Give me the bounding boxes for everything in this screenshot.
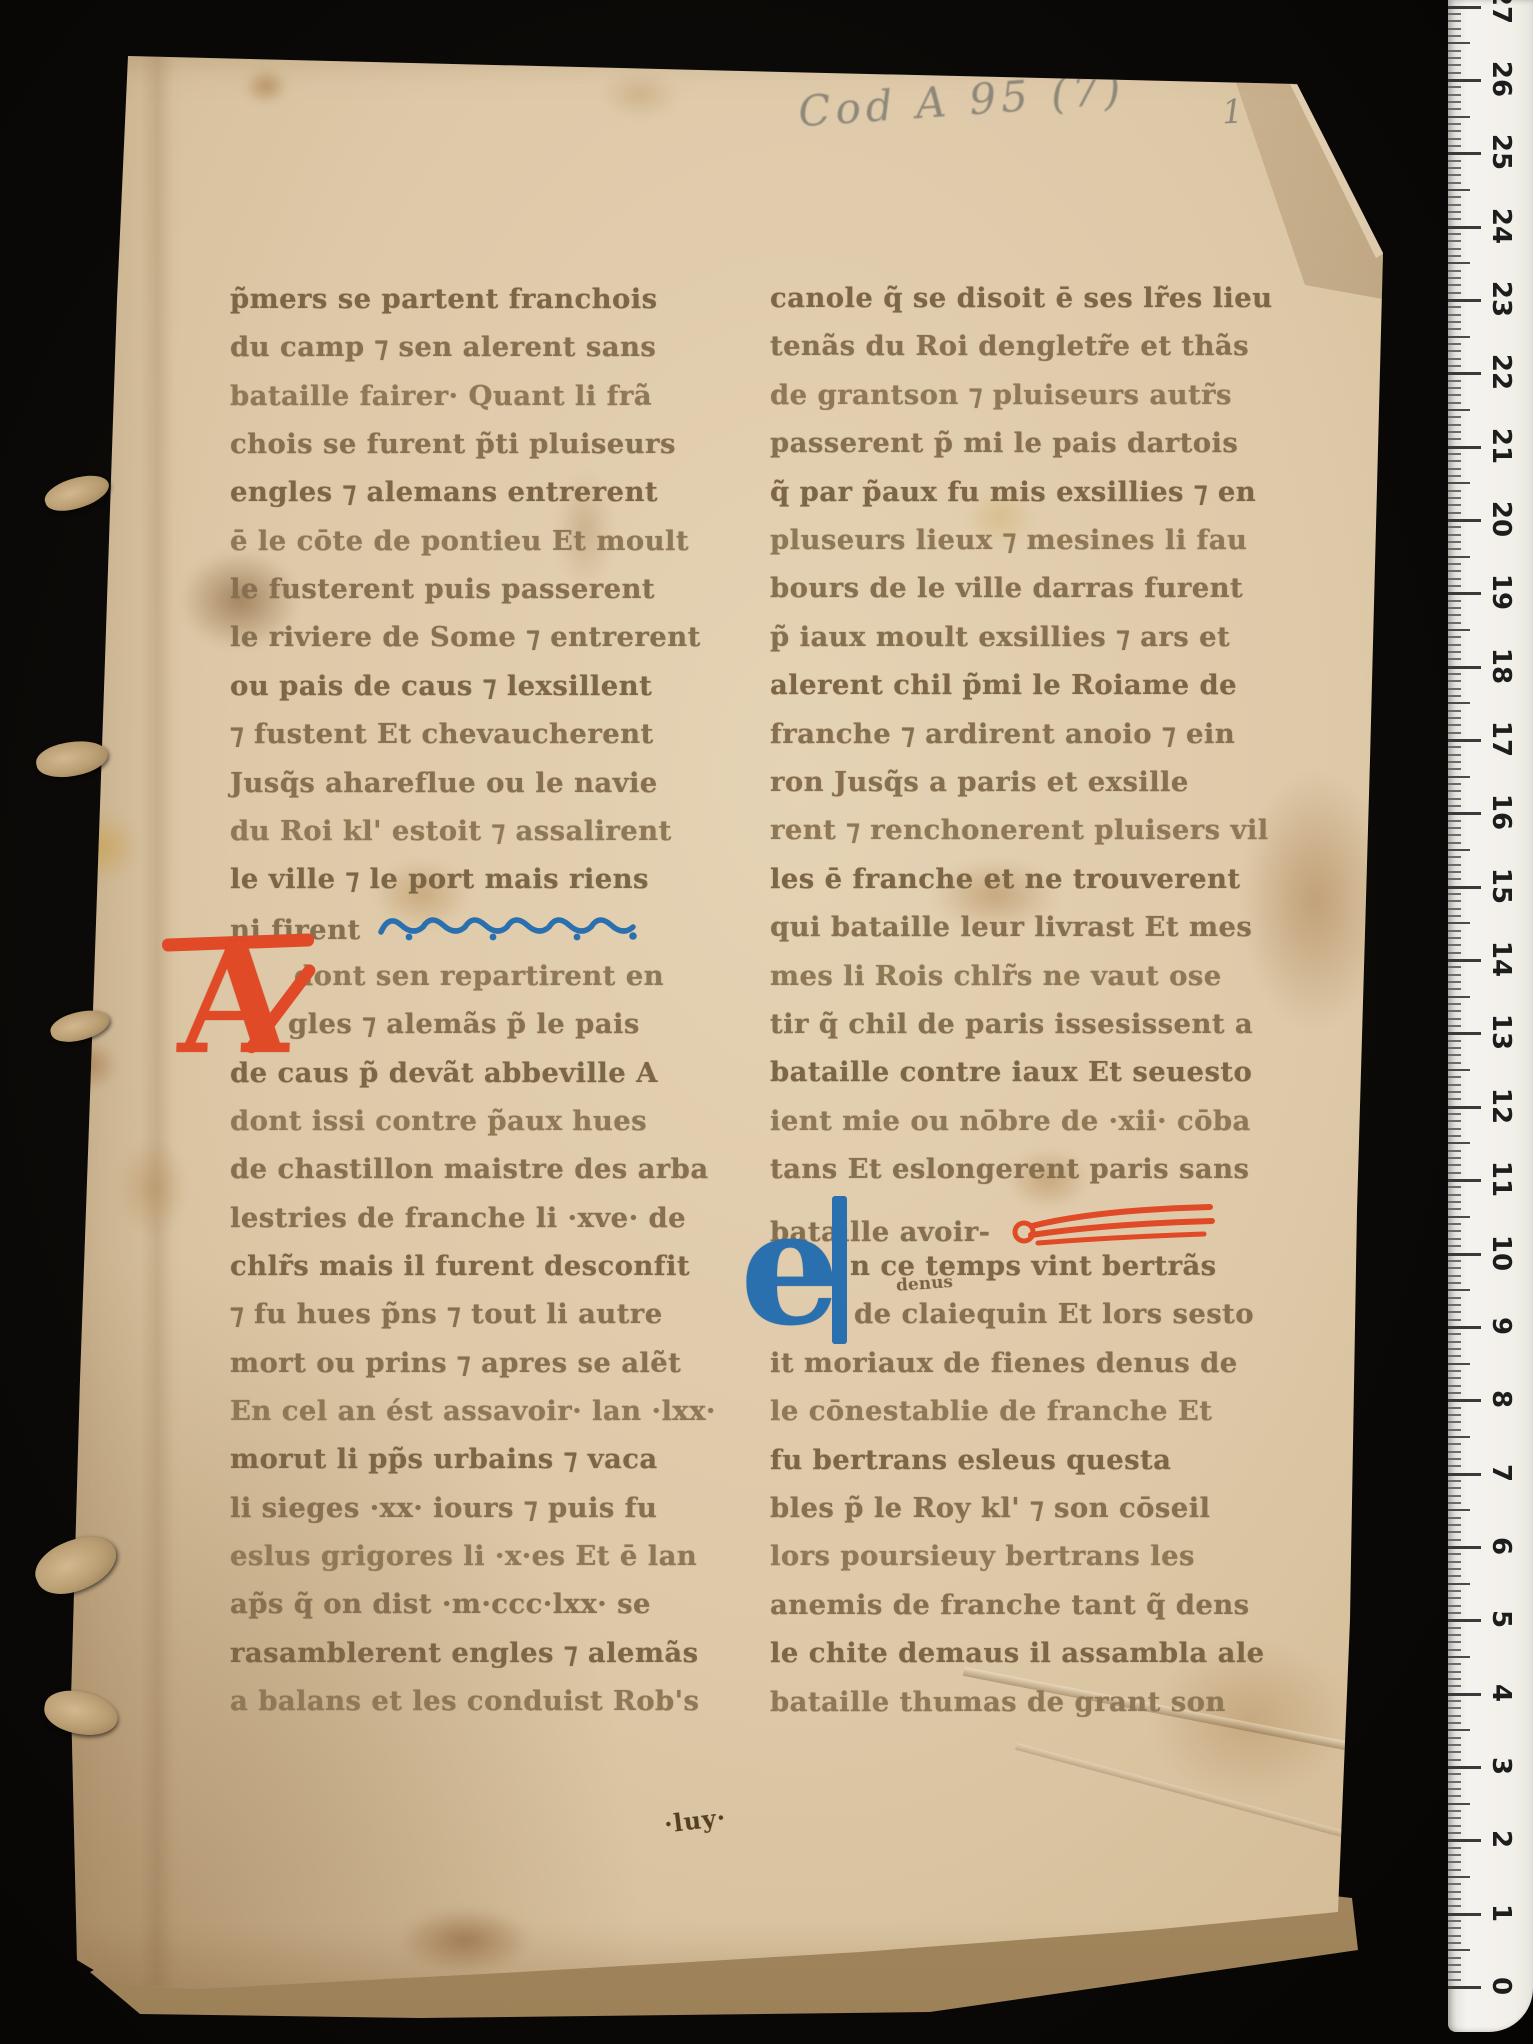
ruler-tick bbox=[1448, 365, 1461, 367]
text-line: morut li pp̃s urbains ⁊ vaca bbox=[230, 1443, 658, 1475]
ruler-tick bbox=[1448, 937, 1461, 939]
ruler-number: 16 bbox=[1486, 795, 1516, 829]
text-line: le chite demaus il assambla ale bbox=[770, 1637, 1265, 1669]
ruler-tick bbox=[1448, 130, 1461, 132]
ruler-tick bbox=[1448, 541, 1461, 543]
ruler-tick bbox=[1448, 842, 1461, 844]
ruler-tick bbox=[1448, 834, 1461, 836]
text-line: qui bataille leur livrast Et mes bbox=[770, 911, 1252, 943]
ruler-tick bbox=[1448, 570, 1461, 572]
ruler-tick bbox=[1448, 1986, 1481, 1989]
ruler-tick bbox=[1448, 607, 1461, 609]
ruler-tick bbox=[1448, 1561, 1461, 1563]
ruler-tick bbox=[1448, 1729, 1470, 1731]
ruler-tick bbox=[1448, 1333, 1461, 1335]
ruler-tick bbox=[1448, 431, 1461, 433]
ruler-tick bbox=[1448, 1032, 1481, 1035]
ruler-tick bbox=[1448, 211, 1461, 213]
text-column-right: canole q̃ se disoit ē ses lr̃es lieutenã… bbox=[770, 282, 1350, 1762]
ruler-tick bbox=[1448, 746, 1461, 748]
ruler-tick bbox=[1448, 1927, 1461, 1929]
ruler-tick bbox=[1448, 1634, 1461, 1636]
ruler-tick bbox=[1448, 460, 1461, 462]
ruler-tick bbox=[1448, 878, 1461, 880]
ruler-tick bbox=[1448, 372, 1481, 375]
initial-letter: A bbox=[176, 922, 294, 1075]
ruler-tick bbox=[1448, 284, 1461, 286]
ruler-tick bbox=[1448, 1018, 1461, 1020]
text-line: li sieges ·xx· iours ⁊ puis fu bbox=[230, 1492, 657, 1524]
ruler-number: 14 bbox=[1486, 942, 1516, 976]
ruler-tick bbox=[1448, 1737, 1461, 1739]
ruler-tick bbox=[1448, 636, 1461, 638]
ruler-tick bbox=[1448, 1663, 1461, 1665]
ruler-tick bbox=[1448, 732, 1461, 734]
ruler-tick bbox=[1448, 167, 1461, 169]
ruler-tick bbox=[1448, 864, 1461, 866]
ruler-tick bbox=[1448, 182, 1461, 184]
ruler-tick bbox=[1448, 20, 1461, 22]
ruler-tick bbox=[1448, 1465, 1461, 1467]
ruler-tick bbox=[1448, 350, 1461, 352]
ruler-tick bbox=[1448, 108, 1461, 110]
ruler-tick bbox=[1448, 856, 1461, 858]
ruler-tick bbox=[1448, 226, 1481, 229]
ruler-tick bbox=[1448, 1091, 1461, 1093]
ruler-tick bbox=[1448, 299, 1481, 302]
ruler-tick bbox=[1448, 952, 1461, 954]
ruler-tick bbox=[1448, 1172, 1461, 1174]
ruler-tick bbox=[1448, 1597, 1461, 1599]
ruler-tick bbox=[1448, 644, 1461, 646]
ruler-tick bbox=[1448, 592, 1481, 595]
ruler-tick bbox=[1448, 805, 1461, 807]
ruler-tick bbox=[1448, 1913, 1481, 1916]
ruler-tick bbox=[1448, 1942, 1461, 1944]
ruler-tick bbox=[1448, 1421, 1461, 1423]
ruler-tick bbox=[1448, 1326, 1481, 1329]
ruler-tick bbox=[1448, 1414, 1461, 1416]
ruler-tick bbox=[1448, 1473, 1481, 1476]
ruler-tick bbox=[1448, 614, 1461, 616]
text-line: bles p̃ le Roy kl' ⁊ son cōseil bbox=[770, 1492, 1210, 1524]
ruler-tick bbox=[1448, 651, 1461, 653]
ruler-tick bbox=[1448, 1297, 1461, 1299]
ruler-tick bbox=[1448, 42, 1470, 44]
ruler-tick bbox=[1448, 233, 1461, 235]
ruler-number: 1 bbox=[1486, 1896, 1516, 1930]
text-line: mes li Rois chlr̃s ne vaut ose bbox=[770, 960, 1222, 992]
ruler-tick bbox=[1448, 468, 1461, 470]
ruler-number: 18 bbox=[1486, 649, 1516, 683]
ruler-tick bbox=[1448, 1363, 1470, 1365]
ruler-tick bbox=[1448, 1113, 1461, 1115]
text-line: bataille contre iaux Et seuesto bbox=[770, 1056, 1252, 1088]
ruler-tick bbox=[1448, 1935, 1461, 1937]
ruler-tick bbox=[1448, 790, 1461, 792]
ruler-tick bbox=[1448, 1010, 1461, 1012]
ruler-tick bbox=[1448, 1069, 1470, 1071]
ruler-tick bbox=[1448, 1054, 1461, 1056]
text-line: tir q̃ chil de paris issesissent a bbox=[770, 1008, 1253, 1040]
ruler-tick bbox=[1448, 1458, 1461, 1460]
ruler-number: 15 bbox=[1486, 869, 1516, 903]
ruler-tick bbox=[1448, 1429, 1461, 1431]
ruler-tick bbox=[1448, 1707, 1461, 1709]
ruler-tick bbox=[1448, 1377, 1461, 1379]
text-line: le cōnestablie de franche Et bbox=[770, 1395, 1212, 1427]
ruler-tick bbox=[1448, 820, 1461, 822]
ruler-tick bbox=[1448, 1861, 1461, 1863]
ruler-tick bbox=[1448, 959, 1481, 962]
ruler-number: 19 bbox=[1486, 575, 1516, 609]
ruler-tick bbox=[1448, 123, 1461, 125]
ruler-tick bbox=[1448, 1553, 1461, 1555]
ruler-tick bbox=[1448, 1509, 1470, 1511]
ruler-tick bbox=[1448, 1304, 1461, 1306]
stain bbox=[400, 1908, 530, 1972]
ruler-tick bbox=[1448, 1157, 1461, 1159]
text-line: du Roi kl' estoit ⁊ assalirent bbox=[230, 815, 672, 847]
ruler-tick bbox=[1448, 1260, 1461, 1262]
ruler-number: 13 bbox=[1486, 1015, 1516, 1049]
ruler-tick bbox=[1448, 739, 1481, 742]
ruler-tick bbox=[1448, 1238, 1461, 1240]
ruler-tick bbox=[1448, 1084, 1461, 1086]
ruler-tick bbox=[1448, 1341, 1461, 1343]
ruler-tick bbox=[1448, 189, 1470, 191]
ruler-tick bbox=[1448, 358, 1461, 360]
ruler-tick bbox=[1448, 1979, 1461, 1981]
stain bbox=[244, 68, 288, 104]
ruler-tick bbox=[1448, 526, 1461, 528]
ruler-tick bbox=[1448, 262, 1470, 264]
ruler-tick bbox=[1448, 1164, 1461, 1166]
initial-letter: e bbox=[740, 1190, 841, 1348]
ruler-tick bbox=[1448, 438, 1461, 440]
ruler-tick bbox=[1448, 72, 1461, 74]
ruler-tick bbox=[1448, 1282, 1461, 1284]
text-line: fu bertrans esleus questa bbox=[770, 1444, 1171, 1476]
text-line: lestries de franche li ·xve· de bbox=[230, 1202, 686, 1234]
ruler-tick bbox=[1448, 314, 1461, 316]
ruler-tick bbox=[1448, 1502, 1461, 1504]
ruler-tick bbox=[1448, 336, 1470, 338]
ruler-number: 12 bbox=[1486, 1089, 1516, 1123]
text-line: p̃ iaux moult exsillies ⁊ ars et bbox=[770, 621, 1230, 653]
ruler-tick bbox=[1448, 145, 1461, 147]
ruler-tick bbox=[1448, 1531, 1461, 1533]
ruler-tick bbox=[1448, 64, 1461, 66]
blue-wave-line-filler bbox=[375, 912, 641, 946]
ruler-tick bbox=[1448, 600, 1461, 602]
ruler-tick bbox=[1448, 1451, 1461, 1453]
ruler-tick bbox=[1448, 930, 1461, 932]
ruler-tick bbox=[1448, 556, 1470, 558]
ruler-tick bbox=[1448, 761, 1461, 763]
ruler-tick bbox=[1448, 688, 1461, 690]
text-line: le ville ⁊ le port mais riens bbox=[230, 863, 649, 895]
ruler-tick bbox=[1448, 387, 1461, 389]
ruler-tick bbox=[1448, 1348, 1461, 1350]
ruler-tick bbox=[1448, 1047, 1461, 1049]
ruler-tick bbox=[1448, 871, 1461, 873]
ruler-tick bbox=[1448, 79, 1481, 82]
ruler-tick bbox=[1448, 702, 1470, 704]
ruler-tick bbox=[1448, 218, 1461, 220]
rubricated-initial-A: A bbox=[162, 928, 342, 1158]
ruler-tick bbox=[1448, 695, 1461, 697]
ruler-tick bbox=[1448, 1443, 1461, 1445]
ruler-tick bbox=[1448, 1971, 1461, 1973]
text-line: p̃mers se partent franchois bbox=[230, 283, 657, 315]
ruler-tick bbox=[1448, 1671, 1461, 1673]
manuscript-page: Cod A 95 (7) 1 p̃mers se partent francho… bbox=[0, 0, 1533, 2044]
ruler-tick bbox=[1448, 196, 1461, 198]
text-line: franche ⁊ ardirent anoio ⁊ ein bbox=[770, 718, 1235, 750]
text-line: q̃ par p̃aux fu mis exsillies ⁊ en bbox=[770, 476, 1256, 508]
ruler-tick bbox=[1448, 1267, 1461, 1269]
text-line: bataille fairer· Quant li frã bbox=[230, 380, 652, 412]
text-line: le riviere de Some ⁊ entrerent bbox=[230, 621, 701, 653]
ruler-tick bbox=[1448, 849, 1470, 851]
ruler-tick bbox=[1448, 915, 1461, 917]
ruler-tick bbox=[1448, 270, 1461, 272]
ruler-tick bbox=[1448, 1223, 1461, 1225]
ruler-tick bbox=[1448, 453, 1461, 455]
text-line: alerent chil p̃mi le Roiame de bbox=[770, 669, 1237, 701]
ruler-tick bbox=[1448, 1869, 1461, 1871]
ruler-tick bbox=[1448, 768, 1461, 770]
ruler-tick bbox=[1448, 1590, 1461, 1592]
ruler-tick bbox=[1448, 629, 1470, 631]
ruler-tick bbox=[1448, 248, 1461, 250]
ruler-tick bbox=[1448, 1517, 1461, 1519]
ruler-tick bbox=[1448, 1773, 1461, 1775]
ruler-tick bbox=[1448, 94, 1461, 96]
ruler-tick bbox=[1448, 988, 1461, 990]
ruler-tick bbox=[1448, 1920, 1461, 1922]
ruler-number: 10 bbox=[1486, 1236, 1516, 1270]
text-line: ⁊ fu hues p̃ns ⁊ tout li autre bbox=[230, 1298, 663, 1330]
ruler-tick bbox=[1448, 86, 1461, 88]
ruler-number: 8 bbox=[1486, 1382, 1516, 1416]
ruler-tick bbox=[1448, 1062, 1461, 1064]
ruler-tick bbox=[1448, 585, 1461, 587]
ruler-tick bbox=[1448, 1355, 1461, 1357]
text-line: chois se furent p̃ti pluiseurs bbox=[230, 428, 676, 460]
ruler-tick bbox=[1448, 1539, 1461, 1541]
ruler-number: 22 bbox=[1486, 355, 1516, 389]
ruler-number: 7 bbox=[1486, 1456, 1516, 1490]
ruler-tick bbox=[1448, 1120, 1461, 1122]
ruler-tick bbox=[1448, 724, 1461, 726]
ruler-tick bbox=[1448, 1076, 1461, 1078]
ruler-tick bbox=[1448, 1854, 1461, 1856]
ruler-tick bbox=[1448, 1605, 1461, 1607]
ruler-number: 27 bbox=[1486, 0, 1516, 23]
ruler-tick bbox=[1448, 1612, 1461, 1614]
ruler-tick bbox=[1448, 490, 1461, 492]
ruler-tick bbox=[1448, 1245, 1461, 1247]
ruler-tick bbox=[1448, 1693, 1481, 1696]
ruler-tick bbox=[1448, 1179, 1481, 1182]
text-line: les ē franche et ne trouverent bbox=[770, 863, 1241, 895]
ruler-tick bbox=[1448, 1744, 1461, 1746]
ruler-tick bbox=[1448, 1040, 1461, 1042]
ruler-tick bbox=[1448, 504, 1461, 506]
ruler-number: 9 bbox=[1486, 1309, 1516, 1343]
ruler-tick bbox=[1448, 1487, 1461, 1489]
ruler-tick bbox=[1448, 1766, 1481, 1769]
ruler-tick bbox=[1448, 13, 1461, 15]
ruler-tick bbox=[1448, 240, 1461, 242]
ruler-tick bbox=[1448, 944, 1461, 946]
ruler-tick bbox=[1448, 1150, 1461, 1152]
ruler-tick bbox=[1448, 1495, 1461, 1497]
ruler-tick bbox=[1448, 1876, 1470, 1878]
ruler-tick bbox=[1448, 974, 1461, 976]
ruler-tick bbox=[1448, 1194, 1461, 1196]
ruler-tick bbox=[1448, 996, 1470, 998]
text-line: tans Et eslongerent paris sans bbox=[770, 1153, 1249, 1185]
pencil-folio-number: 1 bbox=[1221, 91, 1244, 131]
text-line: anemis de franche tant q̃ dens bbox=[770, 1589, 1250, 1621]
ruler-tick bbox=[1448, 563, 1461, 565]
ruler: 0123456789101112131415161718192021222324… bbox=[1448, 0, 1533, 2032]
ruler-tick bbox=[1448, 1583, 1470, 1585]
ruler-tick bbox=[1448, 981, 1461, 983]
ruler-tick bbox=[1448, 1964, 1461, 1966]
ruler-tick bbox=[1448, 416, 1461, 418]
text-line: En cel an ést assavoir· lan ·lxx· bbox=[230, 1395, 716, 1427]
ruler-tick bbox=[1448, 292, 1461, 294]
ruler-tick bbox=[1448, 908, 1461, 910]
ruler-tick bbox=[1448, 512, 1461, 514]
ruler-tick bbox=[1448, 255, 1461, 257]
ruler-tick bbox=[1448, 1025, 1461, 1027]
ruler-tick bbox=[1448, 409, 1470, 411]
red-pen-flourish-filler bbox=[1004, 1202, 1216, 1248]
ruler-tick bbox=[1448, 658, 1461, 660]
ruler-tick bbox=[1448, 710, 1461, 712]
ruler-tick bbox=[1448, 1883, 1461, 1885]
ruler-tick bbox=[1448, 1715, 1461, 1717]
text-line: pluseurs lieux ⁊ mesines li fau bbox=[770, 524, 1247, 556]
ruler-tick bbox=[1448, 666, 1481, 669]
ruler-number: 11 bbox=[1486, 1162, 1516, 1196]
ruler-tick bbox=[1448, 57, 1461, 59]
ruler-tick bbox=[1448, 1135, 1461, 1137]
ruler-tick bbox=[1448, 328, 1461, 330]
ruler-tick bbox=[1448, 497, 1461, 499]
text-line: passerent p̃ mi le pais dartois bbox=[770, 427, 1238, 459]
ruler-tick bbox=[1448, 900, 1461, 902]
ruler-tick bbox=[1448, 1392, 1461, 1394]
text-line: ient mie ou nōbre de ·xii· cōba bbox=[770, 1105, 1251, 1137]
text-line: de chastillon maistre des arba bbox=[230, 1153, 709, 1185]
ruler-tick bbox=[1448, 1385, 1461, 1387]
ruler-number: 0 bbox=[1486, 1969, 1516, 2003]
ruler-tick bbox=[1448, 116, 1470, 118]
ruler-tick bbox=[1448, 1949, 1470, 1951]
ruler-tick bbox=[1448, 1003, 1461, 1005]
ruler-tick bbox=[1448, 50, 1461, 52]
ruler-number: 2 bbox=[1486, 1822, 1516, 1856]
ruler-number: 26 bbox=[1486, 62, 1516, 96]
ruler-tick bbox=[1448, 1898, 1461, 1900]
text-line: Jusq̃s ahareflue ou le navie bbox=[230, 767, 658, 799]
ruler-tick bbox=[1448, 578, 1461, 580]
ruler-tick bbox=[1448, 1575, 1461, 1577]
ruler-number: 6 bbox=[1486, 1529, 1516, 1563]
text-line: chlr̃s mais il furent desconfit bbox=[230, 1250, 690, 1282]
stain bbox=[600, 70, 680, 120]
ruler-tick bbox=[1448, 204, 1461, 206]
ruler-tick bbox=[1448, 1817, 1461, 1819]
ruler-tick bbox=[1448, 893, 1461, 895]
illuminated-initial-E: e bbox=[740, 1204, 860, 1354]
ruler-tick bbox=[1448, 1627, 1461, 1629]
ruler-tick bbox=[1448, 1759, 1461, 1761]
ruler-tick bbox=[1448, 1619, 1481, 1622]
ruler-tick bbox=[1448, 1407, 1461, 1409]
ruler-tick bbox=[1448, 101, 1461, 103]
text-line: de grantson ⁊ pluiseurs autr̃s bbox=[770, 379, 1232, 411]
ruler-tick bbox=[1448, 424, 1461, 426]
ruler-tick bbox=[1448, 174, 1461, 176]
text-line: lors poursieuy bertrans les bbox=[770, 1540, 1195, 1572]
text-line: eslus grigores li ·x·es Et ē lan bbox=[230, 1540, 697, 1572]
ruler-number: 25 bbox=[1486, 135, 1516, 169]
ruler-tick bbox=[1448, 812, 1481, 815]
ruler-tick bbox=[1448, 776, 1470, 778]
ruler-tick bbox=[1448, 321, 1461, 323]
ruler-tick bbox=[1448, 1656, 1470, 1658]
ruler-tick bbox=[1448, 798, 1461, 800]
ruler-tick bbox=[1448, 1436, 1470, 1438]
ruler-number: 24 bbox=[1486, 209, 1516, 243]
ruler-number: 4 bbox=[1486, 1676, 1516, 1710]
ruler-tick bbox=[1448, 35, 1461, 37]
ruler-tick bbox=[1448, 1685, 1461, 1687]
ruler-number: 3 bbox=[1486, 1749, 1516, 1783]
ruler-tick bbox=[1448, 1795, 1461, 1797]
ruler-tick bbox=[1448, 1678, 1461, 1680]
ruler-tick bbox=[1448, 152, 1481, 155]
ruler-number: 23 bbox=[1486, 282, 1516, 316]
ruler-tick bbox=[1448, 1847, 1461, 1849]
ruler-number: 21 bbox=[1486, 429, 1516, 463]
ruler-tick bbox=[1448, 519, 1481, 522]
ruler-tick bbox=[1448, 680, 1461, 682]
ruler-tick bbox=[1448, 1641, 1461, 1643]
ruler-tick bbox=[1448, 1289, 1470, 1291]
ruler-tick bbox=[1448, 886, 1481, 889]
text-line: canole q̃ se disoit ē ses lr̃es lieu bbox=[770, 282, 1273, 314]
ruler-tick bbox=[1448, 277, 1461, 279]
interlinear-correction: denus bbox=[895, 1272, 953, 1296]
ruler-tick bbox=[1448, 1230, 1461, 1232]
ruler-tick bbox=[1448, 622, 1461, 624]
ruler-tick bbox=[1448, 673, 1461, 675]
ruler-tick bbox=[1448, 306, 1461, 308]
ruler-tick bbox=[1448, 827, 1461, 829]
ruler-tick bbox=[1448, 1832, 1461, 1834]
ruler-tick bbox=[1448, 343, 1461, 345]
ruler-tick bbox=[1448, 1957, 1461, 1959]
ruler-tick bbox=[1448, 1700, 1461, 1702]
